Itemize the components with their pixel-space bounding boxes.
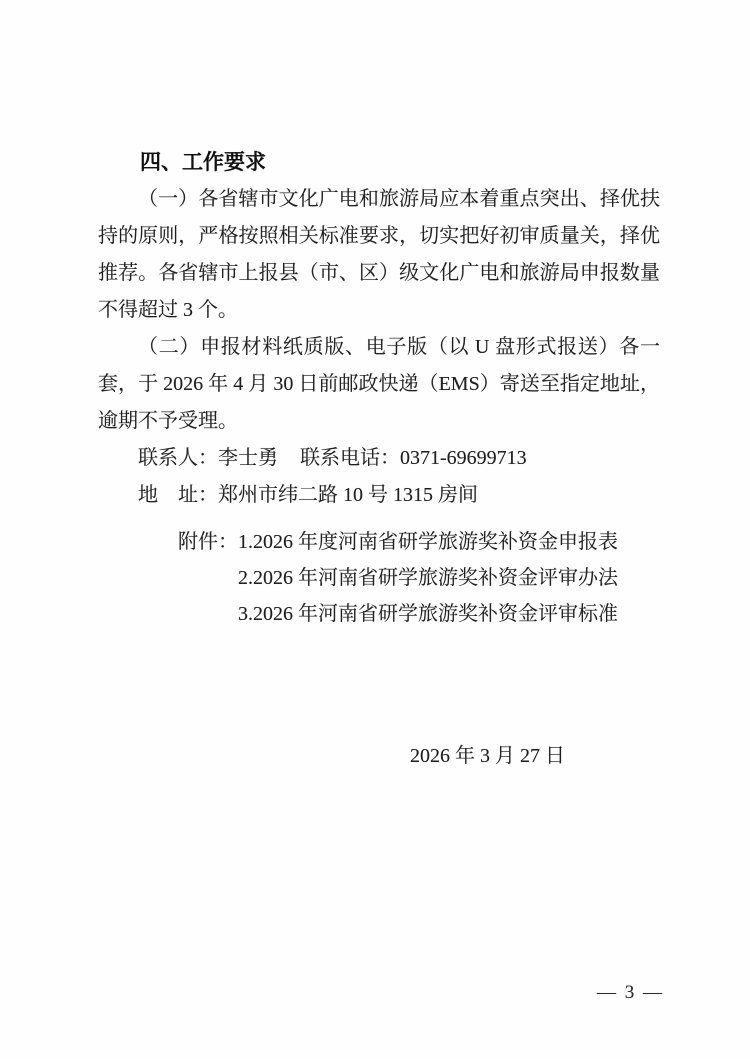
scanned-document-page: 四、工作要求 （一）各省辖市文化广电和旅游局应本着重点突出、择优扶持的原则，严格… xyxy=(0,0,750,1059)
contact-address-line: 地 址：郑州市纬二路 10 号 1315 房间 xyxy=(98,477,660,514)
attachment-item-3: 3.2026 年河南省研学旅游奖补资金评审标准 xyxy=(238,596,660,632)
contact-person-name: 李士勇 xyxy=(218,447,278,469)
page-number: — 3 — xyxy=(597,982,664,1004)
attachment-item-1: 1.2026 年度河南省研学旅游奖补资金申报表 xyxy=(238,524,660,560)
contact-phone-label: 联系电话： xyxy=(300,447,400,469)
section-heading: 四、工作要求 xyxy=(98,144,660,181)
paragraph-work-requirement-1: （一）各省辖市文化广电和旅游局应本着重点突出、择优扶持的原则，严格按照相关标准要… xyxy=(98,181,660,329)
contact-address-label: 地 址： xyxy=(138,484,218,506)
attachment-item-2: 2.2026 年河南省研学旅游奖补资金评审办法 xyxy=(238,560,660,596)
attachments-list: 1.2026 年度河南省研学旅游奖补资金申报表 2.2026 年河南省研学旅游奖… xyxy=(238,524,660,632)
contact-person-line: 联系人：李士勇联系电话：0371-69699713 xyxy=(98,440,660,477)
attachments-label: 附件： xyxy=(98,524,238,632)
contact-person-label: 联系人： xyxy=(138,447,218,469)
document-content: 四、工作要求 （一）各省辖市文化广电和旅游局应本着重点突出、择优扶持的原则，严格… xyxy=(98,144,660,775)
attachments-block: 附件： 1.2026 年度河南省研学旅游奖补资金申报表 2.2026 年河南省研… xyxy=(98,524,660,632)
contact-phone-number: 0371-69699713 xyxy=(400,447,527,469)
paragraph-work-requirement-2: （二）申报材料纸质版、电子版（以 U 盘形式报送）各一套，于 2026 年 4 … xyxy=(98,329,660,440)
contact-address-value: 郑州市纬二路 10 号 1315 房间 xyxy=(218,484,478,506)
document-date: 2026 年 3 月 27 日 xyxy=(98,738,660,775)
